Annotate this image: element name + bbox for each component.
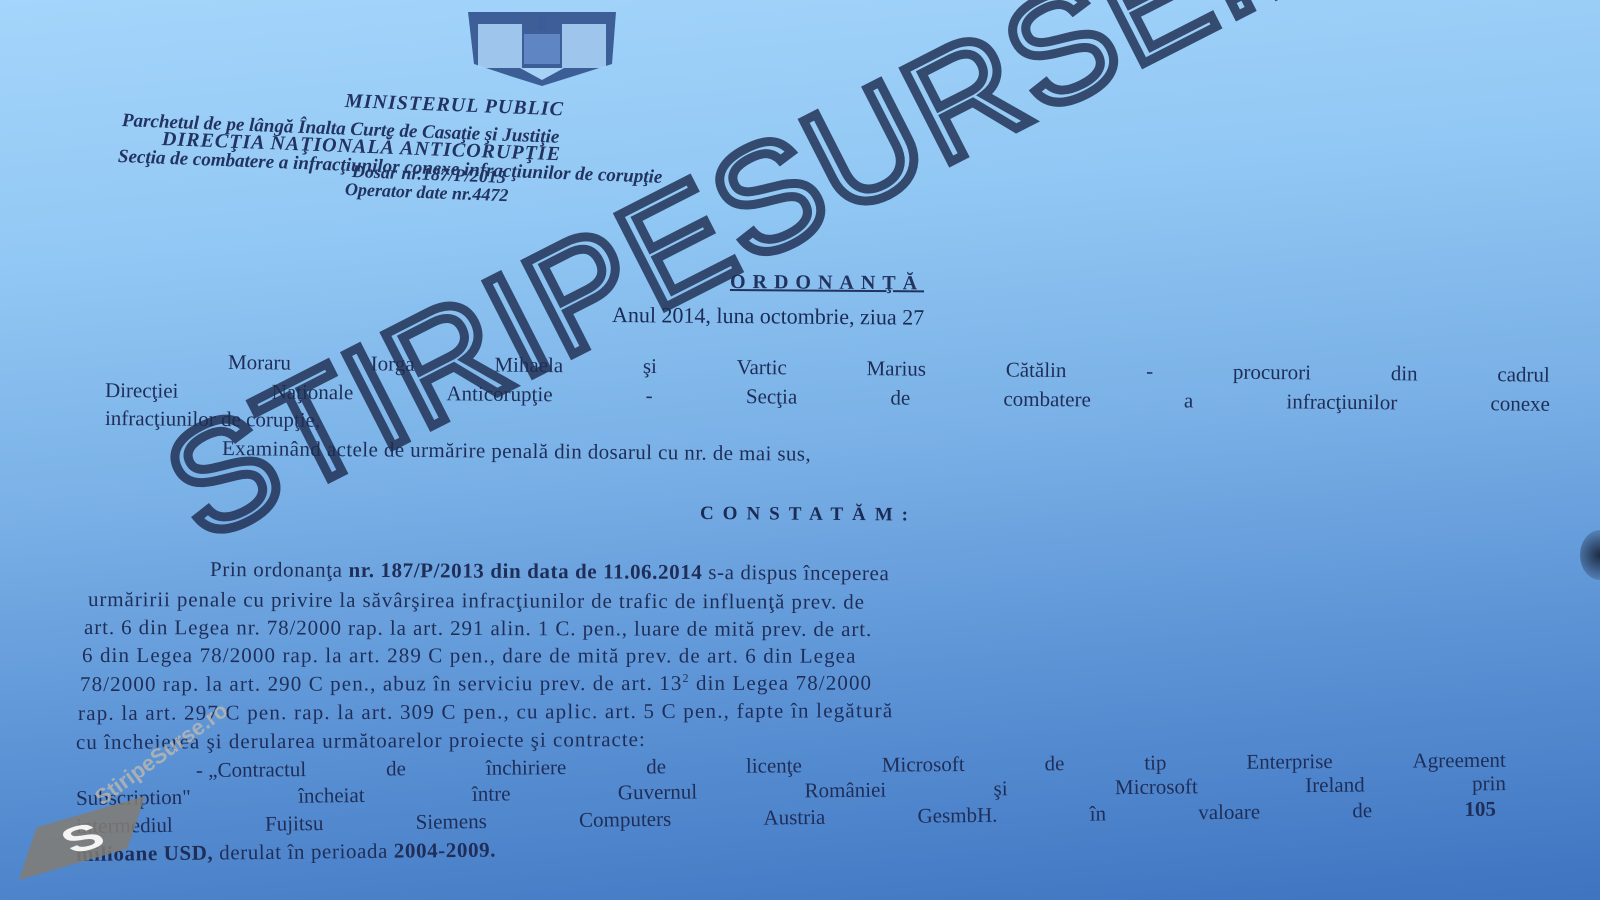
word: Enterprise	[1246, 749, 1332, 775]
word: Iorga	[371, 351, 415, 376]
word: GesmbH.	[917, 803, 997, 829]
section-heading: CONSTATĂM:	[700, 503, 917, 527]
word: în	[1090, 801, 1107, 826]
paragraph-line-4: 6 din Legea 78/2000 rap. la art. 289 C p…	[82, 643, 857, 669]
paragraph-line-1: Prin ordonanţa nr. 187/P/2013 din data d…	[210, 557, 890, 586]
word: Marius	[866, 356, 926, 382]
paragraph-text: Prin ordonanţa	[210, 557, 349, 582]
word: Direcţiei	[105, 378, 179, 404]
word: Cătălin	[1006, 357, 1067, 383]
word: de	[646, 754, 666, 779]
word: închiriere	[486, 755, 567, 781]
word: infracţiunilor	[1286, 389, 1397, 415]
word: Siemens	[415, 809, 486, 835]
superscript: 2	[682, 671, 689, 685]
word: de	[890, 386, 910, 411]
photo-edge-shadow	[1580, 530, 1600, 580]
word: conexe	[1490, 391, 1550, 417]
word: valoare	[1198, 800, 1260, 826]
word: tip	[1144, 750, 1166, 775]
word: încheiat	[298, 783, 365, 809]
ordinance-reference: nr. 187/P/2013 din data de 11.06.2014	[348, 558, 702, 584]
contract-line-4: milioane USD, derulat în perioada 2004-2…	[76, 838, 496, 867]
word: licenţe	[746, 753, 802, 778]
word: Fujitsu	[265, 811, 324, 837]
examining-line: Examinând actele de urmărire penală din …	[222, 436, 811, 467]
paragraph-text: s-a dispus începerea	[702, 560, 889, 585]
contract-value-number: 105	[1464, 797, 1496, 822]
word: Vartic	[737, 355, 787, 380]
document-date: Anul 2014, luna octombrie, ziua 27	[612, 302, 924, 331]
word: Microsoft	[882, 752, 965, 778]
word: Mihaela	[494, 353, 563, 379]
word: -	[646, 383, 653, 408]
word: Austria	[763, 805, 825, 831]
contract-period: 2004-2009.	[394, 838, 496, 863]
word: Microsoft	[1115, 774, 1198, 800]
intro-line-3: infracţiunilor de corupţie,	[105, 406, 320, 433]
word: între	[472, 781, 511, 806]
coat-of-arms-icon	[462, 6, 622, 86]
word: Guvernul	[618, 779, 698, 805]
word: - „Contractul	[196, 757, 306, 783]
ministry-heading: MINISTERUL PUBLIC	[345, 90, 565, 121]
word: Anticorupţie	[446, 381, 552, 407]
word: din	[1391, 361, 1418, 386]
word: Agreement	[1412, 748, 1505, 774]
paragraph-text: derulat în perioada	[213, 839, 394, 865]
word: cadrul	[1497, 362, 1550, 388]
document-page: MINISTERUL PUBLIC Parchetul de pe lângă …	[0, 0, 1600, 900]
word: Computers	[579, 807, 671, 833]
paragraph-line-2: urmăririi penale cu privire la săvârşire…	[88, 587, 865, 615]
word: şi	[993, 776, 1007, 801]
word: a	[1184, 388, 1194, 413]
word: şi	[643, 354, 657, 379]
word: prin	[1472, 771, 1506, 796]
word: Naţionale	[272, 380, 354, 406]
word: de	[1044, 751, 1064, 776]
word: de	[1352, 798, 1372, 823]
document-title: ORDONANŢĂ	[730, 271, 924, 295]
paragraph-text: din Legea 78/2000	[690, 671, 873, 695]
word: Secţia	[746, 384, 798, 409]
paragraph-text: 78/2000 rap. la art. 290 C pen., abuz în…	[80, 671, 683, 696]
word: de	[386, 756, 406, 781]
word: -	[1146, 359, 1153, 384]
paragraph-line-3: art. 6 din Legea nr. 78/2000 rap. la art…	[84, 615, 872, 642]
logo-letter: S	[50, 814, 114, 862]
word: României	[804, 778, 886, 804]
word: Ireland	[1305, 773, 1365, 799]
word: combatere	[1003, 387, 1091, 413]
paragraph-line-5: 78/2000 rap. la art. 290 C pen., abuz în…	[80, 671, 872, 697]
word: Moraru	[228, 350, 291, 376]
word: procurori	[1233, 360, 1311, 386]
